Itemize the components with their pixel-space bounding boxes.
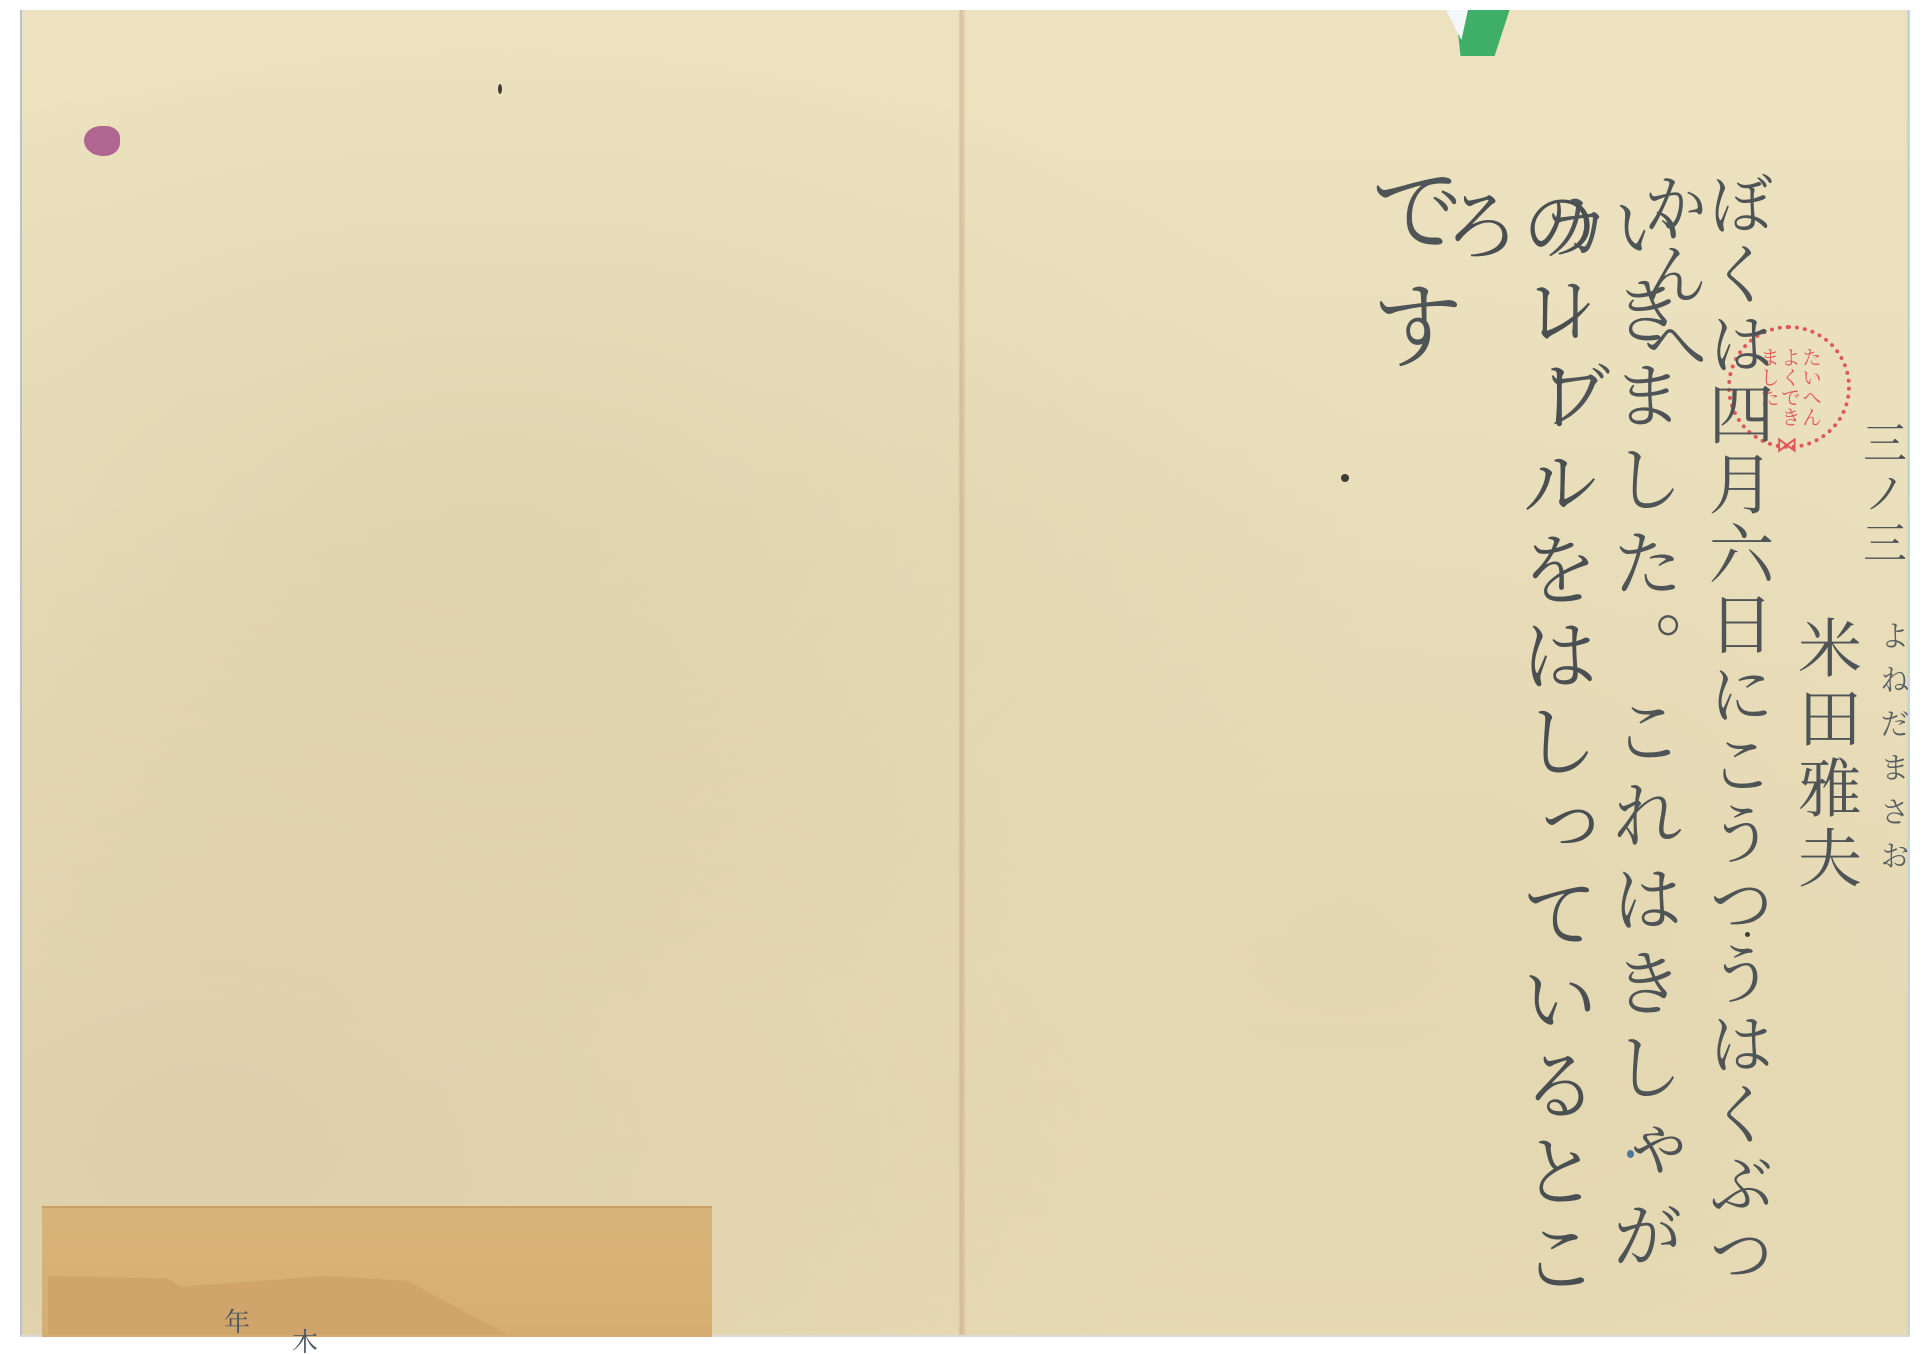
class-label: 三ノ三 — [1858, 420, 1902, 570]
student-name-furigana: よねだまさお — [1876, 620, 1906, 884]
body-column-4: です — [1362, 160, 1458, 392]
student-name: 米田雅夫 — [1792, 615, 1856, 895]
tape-mark-2: 木 — [292, 1322, 318, 1355]
dirt-speck — [498, 84, 502, 94]
purple-ink-stain — [84, 126, 120, 156]
dirt-speck — [1341, 474, 1349, 482]
ribbon-bow-icon: ⋈ — [1776, 433, 1798, 458]
tape-mark-1: 年 — [224, 1302, 250, 1339]
center-fold-crease — [958, 10, 966, 1335]
